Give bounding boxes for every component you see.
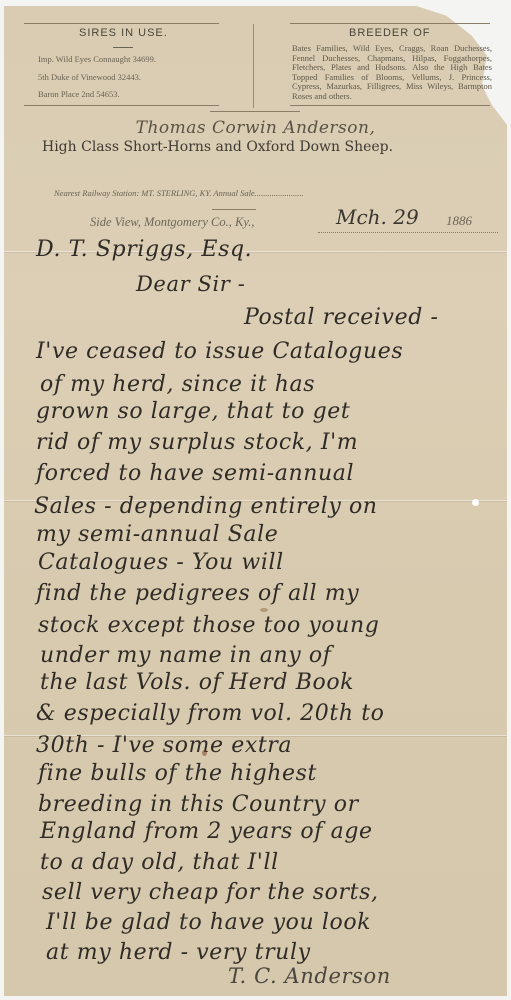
letter-line: the last Vols. of Herd Book [40, 670, 354, 695]
proprietor-name: Thomas Corwin Anderson, [0, 118, 511, 138]
sires-title: SIRES IN USE. [79, 27, 168, 39]
letter-line: stock except those too young [38, 613, 379, 638]
letter-place: Side View, Montgomery Co., Ky., [90, 215, 254, 230]
signature: T. C. Anderson [228, 964, 391, 988]
letter-line: & especially from vol. 20th to [36, 701, 385, 726]
letter-line: I've ceased to issue Catalogues [36, 339, 403, 364]
header-rule [290, 105, 490, 106]
date-underline [318, 232, 498, 233]
header-rule [24, 105, 219, 106]
salutation-addressee: D. T. Spriggs, Esq. [36, 237, 252, 262]
letter-line: find the pedigrees of all my [36, 581, 359, 606]
letter-line: Sales - depending entirely on [34, 494, 378, 519]
letter-line: fine bulls of the highest [38, 761, 317, 786]
letter-line: at my herd - very truly [46, 940, 311, 965]
letter-line: rid of my surplus stock, I'm [36, 430, 358, 455]
ornament-rule [212, 209, 256, 210]
breeder-title: BREEDER OF [349, 27, 431, 39]
salutation: Dear Sir - [136, 272, 245, 296]
letter-line: to a day old, that I'll [40, 850, 279, 875]
letter-line: Postal received - [244, 305, 439, 330]
sire-item: 5th Duke of Vinewood 32443. [38, 72, 141, 82]
ink-stain [260, 608, 268, 612]
letter-line: grown so large, that to get [36, 399, 350, 424]
letter-line: sell very cheap for the sorts, [42, 880, 379, 905]
business-tagline: High Class Short-Horns and Oxford Down S… [42, 139, 502, 155]
title-underline [113, 47, 133, 48]
railway-station: Nearest Railway Station: MT. STERLING, K… [54, 188, 304, 198]
letter-year: 1886 [446, 213, 472, 229]
letter-line: of my herd, since it has [40, 372, 315, 397]
header-rule [24, 23, 219, 24]
header-rule [290, 23, 490, 24]
letter-line: England from 2 years of age [40, 819, 373, 844]
letter-line: Catalogues - You will [38, 550, 284, 575]
header-divider [253, 24, 254, 108]
paper-hole [472, 499, 479, 506]
letter-line: 30th - I've some extra [36, 733, 292, 758]
ornament-rule [210, 111, 300, 112]
letter-line: forced to have semi-annual [36, 461, 354, 486]
ink-stain [202, 750, 207, 756]
letter-date: Mch. 29 [336, 205, 419, 229]
letter-line: I'll be glad to have you look [46, 910, 371, 935]
sire-item: Baron Place 2nd 54653. [38, 89, 120, 99]
letter-line: my semi-annual Sale [36, 522, 278, 547]
breeder-text: Bates Families, Wild Eyes, Craggs, Roan … [292, 44, 492, 102]
sire-item: Imp. Wild Eyes Connaught 34699. [38, 54, 156, 64]
letter-line: under my name in any of [40, 643, 332, 668]
letter-line: breeding in this Country or [38, 792, 359, 817]
